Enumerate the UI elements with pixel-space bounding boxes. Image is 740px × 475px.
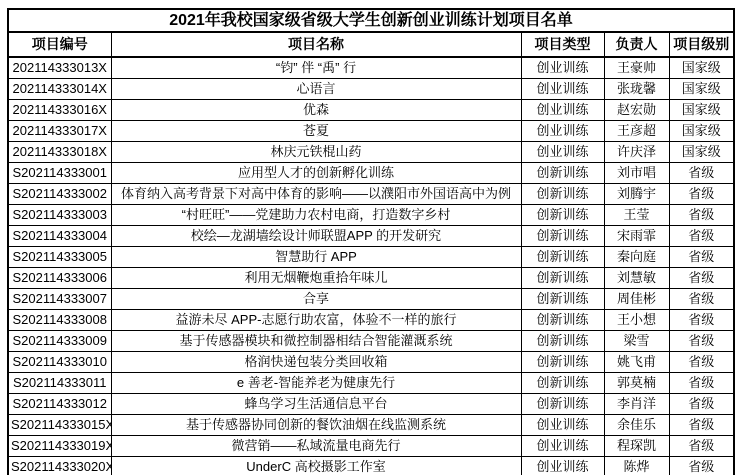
cell-level: 国家级 — [669, 79, 734, 100]
table-header-row: 项目编号 项目名称 项目类型 负责人 项目级别 — [8, 32, 734, 57]
cell-project-code: 202114333016X — [8, 100, 111, 121]
cell-level: 省级 — [669, 373, 734, 394]
table-row: S202114333006利用无烟鞭炮重拾年味儿创新训练刘慧敏省级 — [8, 268, 734, 289]
cell-project-type: 创新训练 — [521, 352, 604, 373]
cell-level: 省级 — [669, 205, 734, 226]
cell-project-name: 利用无烟鞭炮重拾年味儿 — [111, 268, 521, 289]
table-row: 202114333013X“钧” 伴 “禹” 行创业训练王豪帅国家级 — [8, 57, 734, 79]
cell-project-type: 创业训练 — [521, 142, 604, 163]
cell-project-code: S202114333010 — [8, 352, 111, 373]
cell-leader: 王彦超 — [604, 121, 669, 142]
cell-level: 省级 — [669, 352, 734, 373]
table-row: 202114333014X心语言创业训练张珑馨国家级 — [8, 79, 734, 100]
cell-level: 省级 — [669, 163, 734, 184]
cell-leader: 王莹 — [604, 205, 669, 226]
cell-level: 省级 — [669, 310, 734, 331]
cell-level: 国家级 — [669, 142, 734, 163]
cell-leader: 陈烨 — [604, 457, 669, 475]
cell-project-type: 创新训练 — [521, 289, 604, 310]
cell-project-code: 202114333014X — [8, 79, 111, 100]
table-row: S202114333007合享创新训练周佳彬省级 — [8, 289, 734, 310]
table-row: 202114333018X林庆元铁棍山药创业训练许庆泽国家级 — [8, 142, 734, 163]
cell-project-code: S202114333020X — [8, 457, 111, 475]
cell-project-type: 创业训练 — [521, 100, 604, 121]
cell-leader: 姚飞甫 — [604, 352, 669, 373]
cell-project-type: 创新训练 — [521, 394, 604, 415]
cell-leader: 梁雪 — [604, 331, 669, 352]
cell-leader: 刘慧敏 — [604, 268, 669, 289]
cell-project-name: 应用型人才的创新孵化训练 — [111, 163, 521, 184]
cell-project-name: 微营销——私域流量电商先行 — [111, 436, 521, 457]
cell-leader: 宋雨霏 — [604, 226, 669, 247]
cell-project-code: S202114333015X — [8, 415, 111, 436]
cell-project-name: 优森 — [111, 100, 521, 121]
cell-level: 省级 — [669, 268, 734, 289]
cell-project-name: 格润快递包装分类回收箱 — [111, 352, 521, 373]
cell-leader: 刘腾宇 — [604, 184, 669, 205]
cell-leader: 余佳乐 — [604, 415, 669, 436]
table-row: S202114333009基于传感器模块和微控制器相结合智能灌溉系统创新训练梁雪… — [8, 331, 734, 352]
cell-leader: 张珑馨 — [604, 79, 669, 100]
table-row: S202114333015X基于传感器协同创新的餐饮油烟在线监测系统创业训练余佳… — [8, 415, 734, 436]
cell-project-type: 创业训练 — [521, 415, 604, 436]
cell-leader: 郭莫楠 — [604, 373, 669, 394]
cell-project-code: S202114333004 — [8, 226, 111, 247]
cell-project-type: 创业训练 — [521, 79, 604, 100]
cell-leader: 刘市唱 — [604, 163, 669, 184]
cell-project-name: 益游未尽 APP-志愿行助农富，体验不一样的旅行 — [111, 310, 521, 331]
header-project-name: 项目名称 — [111, 32, 521, 57]
cell-project-code: S202114333019X — [8, 436, 111, 457]
cell-project-type: 创业训练 — [521, 121, 604, 142]
cell-leader: 王小想 — [604, 310, 669, 331]
cell-level: 省级 — [669, 394, 734, 415]
cell-project-type: 创新训练 — [521, 247, 604, 268]
cell-project-name: UnderC 高校摄影工作室 — [111, 457, 521, 475]
cell-project-type: 创新训练 — [521, 226, 604, 247]
header-project-code: 项目编号 — [8, 32, 111, 57]
table-row: S202114333011e 善老-智能养老为健康先行创新训练郭莫楠省级 — [8, 373, 734, 394]
cell-project-type: 创业训练 — [521, 457, 604, 475]
cell-project-name: 智慧助行 APP — [111, 247, 521, 268]
cell-level: 省级 — [669, 331, 734, 352]
cell-leader: 程琛凯 — [604, 436, 669, 457]
document-page: 2021年我校国家级省级大学生创新创业训练计划项目名单 项目编号 项目名称 项目… — [0, 0, 740, 475]
cell-level: 省级 — [669, 415, 734, 436]
cell-level: 省级 — [669, 289, 734, 310]
cell-leader: 周佳彬 — [604, 289, 669, 310]
table-row: 202114333016X优森创业训练赵宏勋国家级 — [8, 100, 734, 121]
table-row: S202114333001应用型人才的创新孵化训练创新训练刘市唱省级 — [8, 163, 734, 184]
cell-project-type: 创新训练 — [521, 184, 604, 205]
cell-project-name: 校绘—龙湖墙绘设计师联盟APP 的开发研究 — [111, 226, 521, 247]
cell-project-type: 创新训练 — [521, 310, 604, 331]
cell-level: 省级 — [669, 247, 734, 268]
cell-project-name: “村旺旺”——党建助力农村电商，打造数字乡村 — [111, 205, 521, 226]
cell-project-name: “钧” 伴 “禹” 行 — [111, 57, 521, 79]
cell-leader: 李肖洋 — [604, 394, 669, 415]
cell-leader: 许庆泽 — [604, 142, 669, 163]
cell-project-type: 创新训练 — [521, 163, 604, 184]
cell-project-code: 202114333018X — [8, 142, 111, 163]
table-row: S202114333005智慧助行 APP创新训练秦向庭省级 — [8, 247, 734, 268]
cell-project-name: 基于传感器模块和微控制器相结合智能灌溉系统 — [111, 331, 521, 352]
cell-leader: 王豪帅 — [604, 57, 669, 79]
table-title: 2021年我校国家级省级大学生创新创业训练计划项目名单 — [8, 9, 734, 32]
cell-level: 国家级 — [669, 100, 734, 121]
cell-project-type: 创新训练 — [521, 331, 604, 352]
cell-project-name: 蜂鸟学习生活通信息平台 — [111, 394, 521, 415]
cell-level: 国家级 — [669, 121, 734, 142]
cell-project-type: 创业训练 — [521, 57, 604, 79]
cell-level: 省级 — [669, 184, 734, 205]
cell-project-code: S202114333002 — [8, 184, 111, 205]
cell-project-type: 创新训练 — [521, 268, 604, 289]
cell-leader: 秦向庭 — [604, 247, 669, 268]
cell-project-code: S202114333007 — [8, 289, 111, 310]
cell-project-name: e 善老-智能养老为健康先行 — [111, 373, 521, 394]
table-title-row: 2021年我校国家级省级大学生创新创业训练计划项目名单 — [8, 9, 734, 32]
cell-project-code: S202114333008 — [8, 310, 111, 331]
cell-level: 国家级 — [669, 57, 734, 79]
header-leader: 负责人 — [604, 32, 669, 57]
cell-project-code: S202114333012 — [8, 394, 111, 415]
cell-project-code: 202114333013X — [8, 57, 111, 79]
cell-project-code: S202114333005 — [8, 247, 111, 268]
cell-project-name: 苍夏 — [111, 121, 521, 142]
table-row: S202114333002体育纳入高考背景下对高中体育的影响——以濮阳市外国语高… — [8, 184, 734, 205]
cell-project-code: 202114333017X — [8, 121, 111, 142]
cell-level: 省级 — [669, 226, 734, 247]
table-body: 202114333013X“钧” 伴 “禹” 行创业训练王豪帅国家级202114… — [8, 57, 734, 475]
table-row: S202114333008益游未尽 APP-志愿行助农富，体验不一样的旅行创新训… — [8, 310, 734, 331]
cell-project-name: 体育纳入高考背景下对高中体育的影响——以濮阳市外国语高中为例 — [111, 184, 521, 205]
table-row: S202114333010格润快递包装分类回收箱创新训练姚飞甫省级 — [8, 352, 734, 373]
table-row: S202114333012蜂鸟学习生活通信息平台创新训练李肖洋省级 — [8, 394, 734, 415]
table-row: S202114333003“村旺旺”——党建助力农村电商，打造数字乡村创新训练王… — [8, 205, 734, 226]
cell-project-code: S202114333003 — [8, 205, 111, 226]
cell-project-code: S202114333009 — [8, 331, 111, 352]
cell-project-name: 心语言 — [111, 79, 521, 100]
cell-project-type: 创新训练 — [521, 205, 604, 226]
cell-project-name: 林庆元铁棍山药 — [111, 142, 521, 163]
cell-level: 省级 — [669, 436, 734, 457]
table-row: S202114333019X微营销——私域流量电商先行创业训练程琛凯省级 — [8, 436, 734, 457]
table-row: S202114333020XUnderC 高校摄影工作室创业训练陈烨省级 — [8, 457, 734, 475]
table-row: S202114333004校绘—龙湖墙绘设计师联盟APP 的开发研究创新训练宋雨… — [8, 226, 734, 247]
cell-leader: 赵宏勋 — [604, 100, 669, 121]
cell-project-name: 合享 — [111, 289, 521, 310]
cell-project-code: S202114333006 — [8, 268, 111, 289]
cell-project-type: 创新训练 — [521, 373, 604, 394]
project-list-table: 2021年我校国家级省级大学生创新创业训练计划项目名单 项目编号 项目名称 项目… — [7, 8, 735, 475]
cell-project-name: 基于传感器协同创新的餐饮油烟在线监测系统 — [111, 415, 521, 436]
header-level: 项目级别 — [669, 32, 734, 57]
cell-project-code: S202114333001 — [8, 163, 111, 184]
cell-project-type: 创业训练 — [521, 436, 604, 457]
cell-level: 省级 — [669, 457, 734, 475]
cell-project-code: S202114333011 — [8, 373, 111, 394]
table-row: 202114333017X苍夏创业训练王彦超国家级 — [8, 121, 734, 142]
header-project-type: 项目类型 — [521, 32, 604, 57]
